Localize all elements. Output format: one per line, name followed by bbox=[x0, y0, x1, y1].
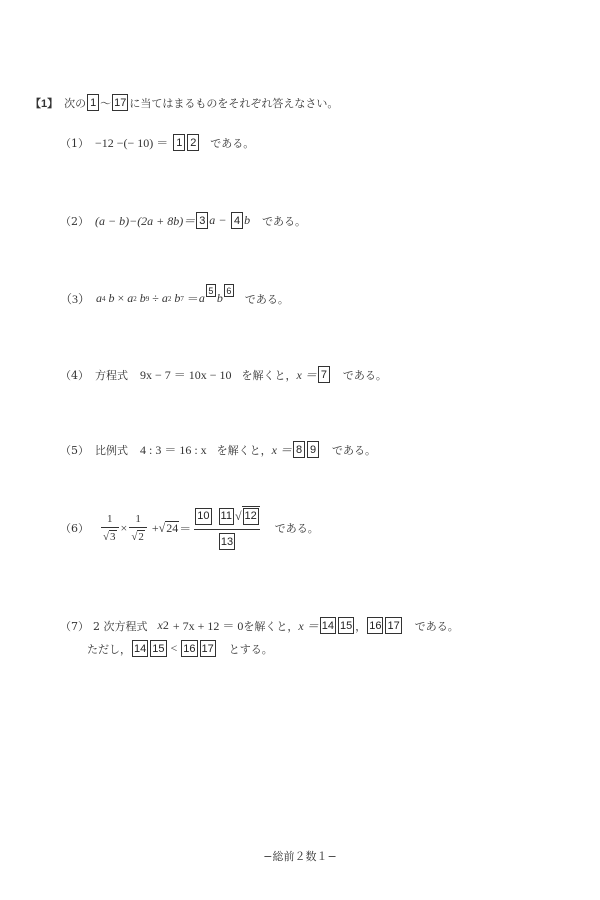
question-number: （6） bbox=[60, 520, 89, 536]
question-number: （3） bbox=[60, 290, 90, 307]
answer-box: 16 bbox=[181, 640, 197, 657]
answer-fraction: 10 11 √12 13 bbox=[194, 506, 260, 550]
exponent: 9 bbox=[146, 295, 150, 303]
intro-pre: 次の bbox=[64, 95, 86, 111]
operator: × bbox=[118, 291, 125, 306]
answer-box: 16 bbox=[367, 617, 383, 634]
equals: ＝ bbox=[187, 290, 199, 307]
expression: (a − b)−(2a + 8b)＝ bbox=[95, 212, 195, 229]
var-a: a bbox=[209, 213, 215, 228]
answer-numerator: 10 11 √12 bbox=[194, 506, 260, 526]
answer-box: 13 bbox=[219, 533, 235, 550]
radicand: 24 bbox=[165, 521, 179, 535]
tail-text: である。 bbox=[210, 135, 254, 151]
page-footer: −総前２数１− bbox=[0, 848, 600, 864]
answer-box: 17 bbox=[200, 640, 216, 657]
section-label: 【1】 bbox=[30, 95, 58, 111]
term: b bbox=[109, 291, 115, 306]
answer-box: 3 bbox=[196, 212, 208, 229]
denominator: √3 bbox=[101, 530, 119, 544]
answer-box: 11 bbox=[219, 508, 234, 525]
question-2: （2） (a − b)−(2a + 8b)＝ 3 a − 4 b である。 bbox=[60, 212, 306, 229]
exponent: 2 bbox=[163, 618, 169, 633]
comma: ， bbox=[355, 618, 366, 634]
radicand: 2 bbox=[137, 530, 145, 544]
answer-box: 15 bbox=[150, 640, 166, 657]
less-than: < bbox=[171, 641, 178, 656]
equation: 4 : 3 ＝ 16 : x bbox=[140, 441, 207, 458]
note-pre: ただし， bbox=[87, 641, 131, 657]
question-6: （6） 1 √3 × 1 √2 + √24 ＝ 10 11 √12 13 である… bbox=[60, 506, 319, 550]
question-number: （7） bbox=[60, 618, 89, 634]
equals: ＝ bbox=[179, 520, 191, 537]
answer-box: 7 bbox=[318, 366, 330, 383]
variable: x ＝ bbox=[272, 441, 292, 458]
answer-box: 14 bbox=[320, 617, 336, 634]
denominator: √2 bbox=[129, 530, 147, 544]
equation: 9x − 7 ＝ 10x − 10 bbox=[140, 366, 232, 383]
var-b: b bbox=[244, 213, 250, 228]
answer-box: 14 bbox=[132, 640, 148, 657]
expression: −12 −(− 10) ＝ bbox=[95, 134, 168, 151]
solve-text: を解くと， bbox=[217, 442, 272, 458]
numerator: 1 bbox=[133, 513, 143, 525]
label: 方程式 bbox=[95, 367, 128, 383]
answer-box: 9 bbox=[307, 441, 319, 458]
exponent: 2 bbox=[133, 295, 137, 303]
answer-box: 15 bbox=[338, 617, 354, 634]
term: a bbox=[199, 291, 205, 306]
section-header: 【1】 次の 1 〜 17 に当てはまるものをそれぞれ答えなさい。 bbox=[30, 94, 338, 111]
answer-box: 1 bbox=[173, 134, 185, 151]
equation-rest: + 7x + 12 ＝ 0 bbox=[173, 617, 244, 634]
question-7: （7） 2 次方程式 x2 + 7x + 12 ＝ 0 を解くと， x ＝ 14… bbox=[60, 617, 459, 634]
numerator: 1 bbox=[105, 513, 115, 525]
times: × bbox=[121, 521, 128, 536]
operator: ÷ bbox=[152, 291, 159, 306]
label: 比例式 bbox=[95, 442, 128, 458]
variable: x ＝ bbox=[297, 366, 317, 383]
tail-text: である。 bbox=[245, 291, 289, 307]
question-number: （1） bbox=[60, 135, 89, 151]
sqrt: √12 bbox=[235, 506, 260, 526]
sqrt-24: √24 bbox=[159, 521, 180, 536]
solve-text: を解くと， bbox=[243, 618, 298, 634]
answer-box: 6 bbox=[224, 284, 234, 297]
tail-text: である。 bbox=[275, 520, 319, 536]
answer-box: 4 bbox=[231, 212, 243, 229]
question-number: （4） bbox=[60, 367, 89, 383]
plus: + bbox=[152, 521, 159, 536]
solve-text: を解くと， bbox=[242, 367, 297, 383]
label: 2 次方程式 bbox=[93, 618, 148, 634]
answer-box: 5 bbox=[206, 284, 216, 297]
term: b bbox=[217, 291, 223, 306]
tail-text: である。 bbox=[415, 618, 459, 634]
note-post: とする。 bbox=[229, 641, 273, 657]
exponent: 7 bbox=[180, 295, 184, 303]
question-number: （5） bbox=[60, 442, 89, 458]
question-4: （4） 方程式 9x − 7 ＝ 10x − 10 を解くと， x ＝ 7 であ… bbox=[60, 366, 387, 383]
fraction-1: 1 √3 bbox=[101, 513, 119, 544]
answer-box: 2 bbox=[187, 134, 199, 151]
fraction-2: 1 √2 bbox=[129, 513, 147, 544]
answer-box-17: 17 bbox=[112, 94, 128, 111]
exponent: 4 bbox=[102, 295, 106, 303]
question-7-note: ただし， 14 15 < 16 17 とする。 bbox=[87, 640, 273, 657]
tail-text: である。 bbox=[343, 367, 387, 383]
question-1: （1） −12 −(− 10) ＝ 1 2 である。 bbox=[60, 134, 254, 151]
exponent: 2 bbox=[168, 295, 172, 303]
question-number: （2） bbox=[60, 213, 89, 229]
radicand: 3 bbox=[109, 530, 117, 544]
tail-text: である。 bbox=[332, 442, 376, 458]
answer-box: 8 bbox=[293, 441, 305, 458]
answer-box: 10 bbox=[195, 508, 211, 525]
answer-box-1: 1 bbox=[87, 94, 99, 111]
intro-post: に当てはまるものをそれぞれ答えなさい。 bbox=[129, 95, 338, 111]
variable: x ＝ bbox=[298, 617, 318, 634]
tail-text: である。 bbox=[262, 213, 306, 229]
question-3: （3） a4 b × a2 b9 ÷ a2 b7 ＝ a 5 b 6 である。 bbox=[60, 290, 289, 307]
answer-box: 17 bbox=[385, 617, 401, 634]
answer-box: 12 bbox=[243, 508, 259, 525]
minus: − bbox=[219, 213, 226, 228]
tilde: 〜 bbox=[100, 95, 111, 111]
question-5: （5） 比例式 4 : 3 ＝ 16 : x を解くと， x ＝ 8 9 である… bbox=[60, 441, 376, 458]
